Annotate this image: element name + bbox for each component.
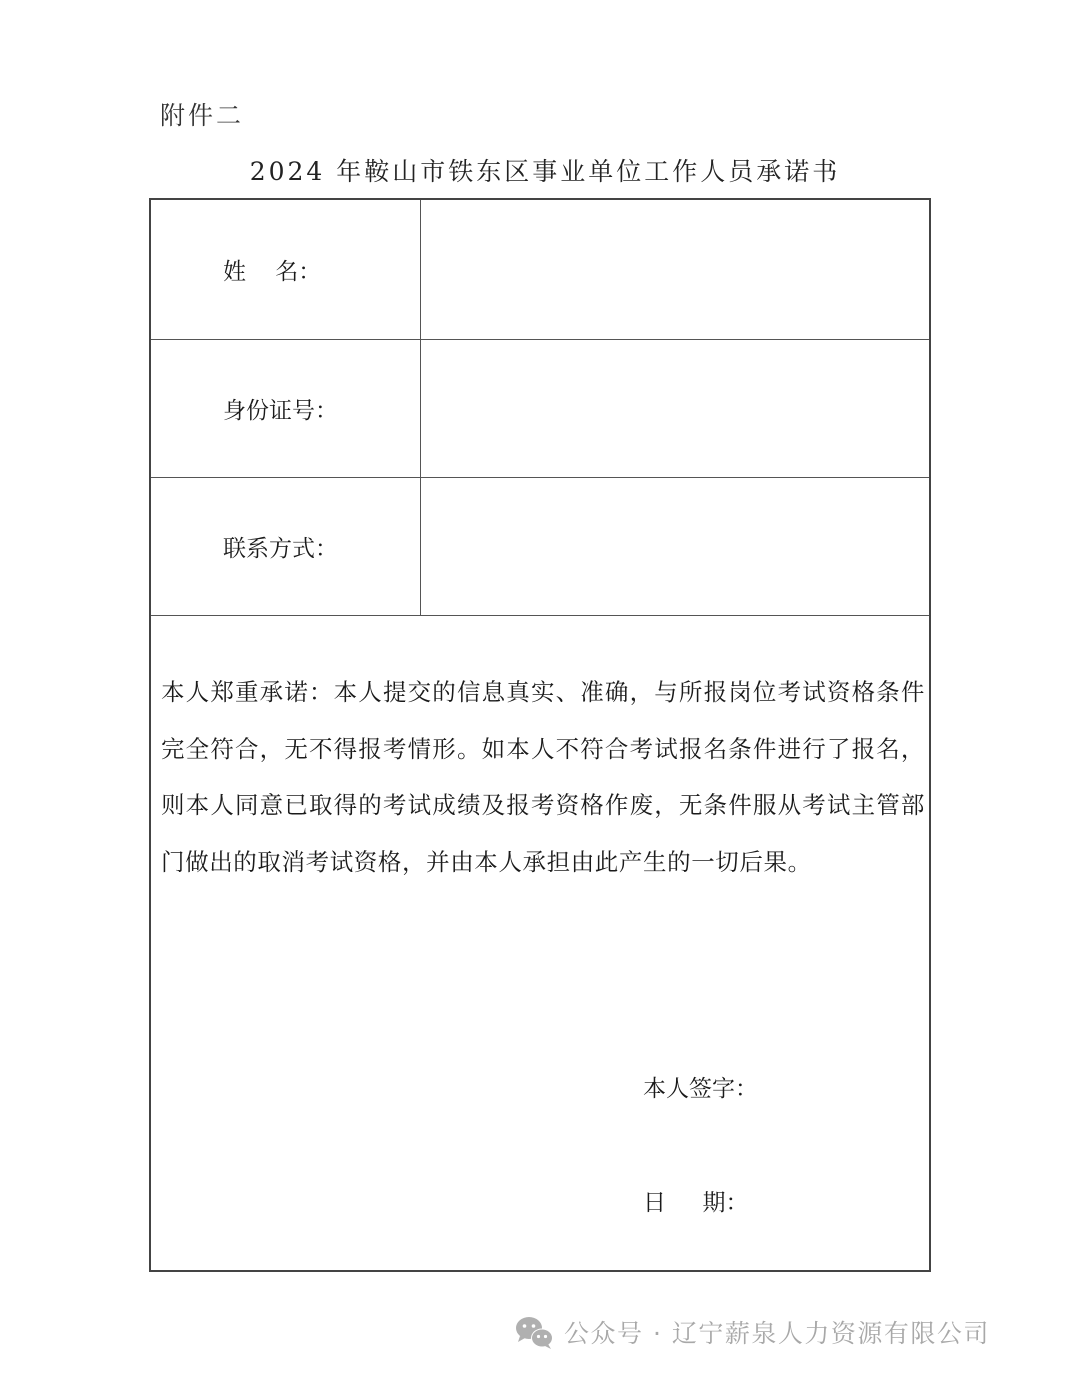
name-field[interactable] — [421, 200, 929, 339]
watermark: 公众号 · 辽宁薪泉人力资源有限公司 — [514, 1314, 990, 1350]
wechat-icon — [514, 1314, 556, 1350]
document-title: 2024 年鞍山市铁东区事业单位工作人员承诺书 — [0, 152, 1080, 188]
attachment-label: 附件二 — [160, 96, 244, 132]
id-number-label: 身份证号： — [151, 340, 421, 477]
pledge-form: 姓 名： 身份证号： 联系方式： 本人郑重承诺：本人提交的信息真实、准确，与所报… — [149, 198, 931, 1272]
date-label: 日 期： — [643, 1184, 749, 1217]
contact-label: 联系方式： — [151, 478, 421, 615]
form-row-contact: 联系方式： — [151, 478, 929, 616]
form-row-id-number: 身份证号： — [151, 340, 929, 478]
id-number-field[interactable] — [421, 340, 929, 477]
contact-field[interactable] — [421, 478, 929, 615]
pledge-statement: 本人郑重承诺：本人提交的信息真实、准确，与所报岗位考试资格条件完全符合，无不得报… — [161, 664, 925, 890]
name-label: 姓 名： — [151, 200, 421, 339]
signature-label: 本人签字： — [643, 1070, 758, 1103]
form-row-name: 姓 名： — [151, 200, 929, 340]
watermark-text: 公众号 · 辽宁薪泉人力资源有限公司 — [564, 1314, 990, 1350]
